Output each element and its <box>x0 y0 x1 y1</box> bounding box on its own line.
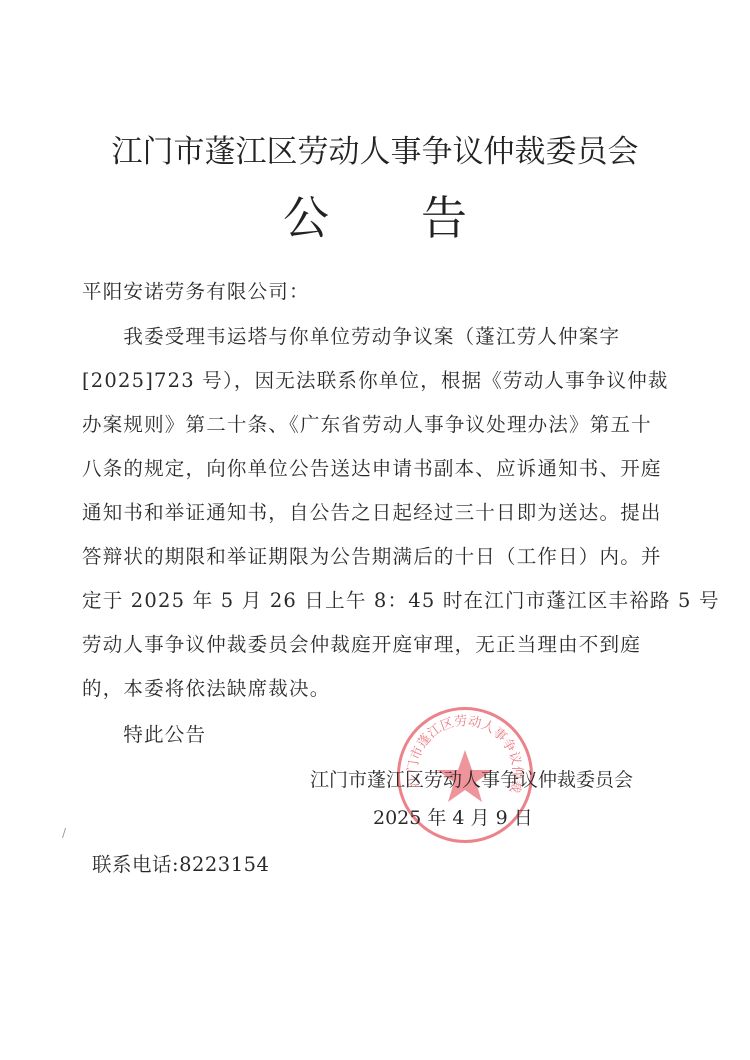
body-line-2: [2025]723 号），因无法联系你单位，根据《劳动人事争议仲裁 <box>82 365 669 393</box>
signature-date: 2025 年 4 月 9 日 <box>373 803 533 830</box>
body-line-6: 答辩状的期限和举证期限为公告期满后的十日（工作日）内。并 <box>82 541 662 569</box>
body-line-4: 八条的规定，向你单位公告送达申请书副本、应诉通知书、开庭 <box>82 453 662 481</box>
contact-phone: 联系电话:8223154 <box>92 849 269 877</box>
body-line-7: 定于 2025 年 5 月 26 日上午 8：45 时在江门市蓬江区丰裕路 5 … <box>82 585 720 613</box>
scan-mark: / <box>62 826 66 840</box>
signature-org: 江门市蓬江区劳动人事争议仲裁委员会 <box>310 765 633 792</box>
body-line-8: 劳动人事争议仲裁委员会仲裁庭开庭审理，无正当理由不到庭 <box>82 629 641 657</box>
closing-line: 特此公告 <box>82 719 206 747</box>
body-line-3: 办案规则》第二十条、《广东省劳动人事争议处理办法》第五十 <box>82 409 652 437</box>
addressee: 平阳安诺劳务有限公司： <box>82 276 310 304</box>
issuer-title: 江门市蓬江区劳动人事争议仲裁委员会 <box>0 126 750 171</box>
body-line-5: 通知书和举证通知书，自公告之日起经过三十日即为送达。提出 <box>82 497 662 525</box>
body-line-9: 的，本委将依法缺席裁决。 <box>82 673 330 701</box>
body-line-1: 我委受理韦运塔与你单位劳动争议案（蓬江劳人仲案字 <box>82 321 620 349</box>
document-type-heading: 公 告 <box>0 182 750 248</box>
